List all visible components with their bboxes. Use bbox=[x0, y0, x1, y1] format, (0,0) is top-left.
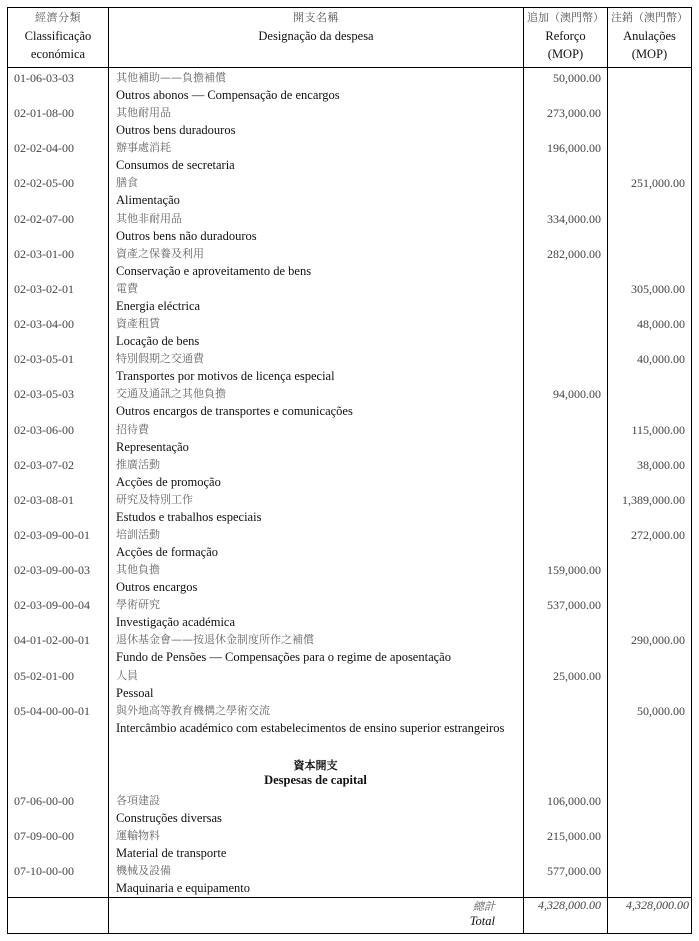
header-zh: 開支名稱 bbox=[109, 9, 523, 27]
table-bottom-border bbox=[7, 933, 692, 934]
amount-reforco: 334,000.00 bbox=[547, 210, 601, 228]
table-row: 07-10-00-00機械及設備Maquinaria e equipamento… bbox=[0, 862, 699, 897]
header-pt: Designação da despesa bbox=[109, 27, 523, 45]
description-zh: 退休基金會——按退休金制度所作之補償 bbox=[116, 631, 314, 649]
description-pt: Investigação académica bbox=[116, 614, 235, 631]
description-pt: Estudos e trabalhos especiais bbox=[116, 509, 261, 526]
classification-code: 02-03-05-01 bbox=[14, 350, 74, 368]
classification-code: 02-02-05-00 bbox=[14, 174, 74, 192]
description-zh: 研究及特別工作 bbox=[116, 491, 193, 509]
amount-reforco: 196,000.00 bbox=[547, 139, 601, 157]
amount-reforco: 273,000.00 bbox=[547, 104, 601, 122]
description-zh: 各項建設 bbox=[116, 792, 160, 810]
table-row: 02-03-01-00資產之保養及利用Conservação e aprovei… bbox=[0, 245, 699, 280]
amount-reforco: 215,000.00 bbox=[547, 827, 601, 845]
description-zh: 人員 bbox=[116, 667, 138, 685]
amount-anulacoes: 272,000.00 bbox=[631, 526, 685, 544]
description-pt: Outros bens não duradouros bbox=[116, 228, 257, 245]
classification-code: 02-03-07-02 bbox=[14, 456, 74, 474]
total-label-pt: Total bbox=[470, 914, 495, 929]
amount-anulacoes: 40,000.00 bbox=[637, 350, 685, 368]
header-reforco: 追加（澳門幣） Reforço (MOP) bbox=[524, 9, 607, 63]
total-label-zh: 總計 bbox=[473, 898, 495, 914]
description-pt: Locação de bens bbox=[116, 333, 199, 350]
table-row: 05-02-01-00人員Pessoal25,000.00 bbox=[0, 667, 699, 702]
table-row: 07-06-00-00各項建設Construções diversas106,0… bbox=[0, 792, 699, 827]
amount-reforco: 282,000.00 bbox=[547, 245, 601, 263]
amount-reforco: 577,000.00 bbox=[547, 862, 601, 880]
description-pt: Outros encargos de transportes e comunic… bbox=[116, 403, 353, 420]
header-designation: 開支名稱 Designação da despesa bbox=[109, 9, 523, 45]
classification-code: 05-04-00-00-01 bbox=[14, 702, 90, 720]
description-zh: 其他補助——負擔補償 bbox=[116, 69, 226, 87]
amount-anulacoes: 48,000.00 bbox=[637, 315, 685, 333]
table-row: 07-09-00-00運輸物料Material de transporte215… bbox=[0, 827, 699, 862]
description-zh: 辦事處消耗 bbox=[116, 139, 171, 157]
description-pt: Consumos de secretaria bbox=[116, 157, 235, 174]
table-row: 02-03-05-01特別假期之交通費Transportes por motiv… bbox=[0, 350, 699, 385]
amount-anulacoes: 38,000.00 bbox=[637, 456, 685, 474]
description-zh: 資產租賃 bbox=[116, 315, 160, 333]
header-zh: 注銷（澳門幣） bbox=[608, 9, 691, 27]
description-zh: 電費 bbox=[116, 280, 138, 298]
description-pt: Intercâmbio académico com estabeleciment… bbox=[116, 720, 504, 737]
classification-code: 05-02-01-00 bbox=[14, 667, 74, 685]
amount-reforco: 50,000.00 bbox=[553, 69, 601, 87]
description-pt: Transportes por motivos de licença espec… bbox=[116, 368, 335, 385]
header-unit: (MOP) bbox=[608, 45, 691, 63]
description-pt: Fundo de Pensões — Compensações para o r… bbox=[116, 649, 451, 666]
header-classification: 經濟分類 Classificação económica bbox=[8, 9, 108, 63]
description-pt: Outros bens duradouros bbox=[116, 122, 235, 139]
amount-anulacoes: 290,000.00 bbox=[631, 631, 685, 649]
table-row: 02-03-02-01電費Energia eléctrica305,000.00 bbox=[0, 280, 699, 315]
description-pt: Conservação e aproveitamento de bens bbox=[116, 263, 311, 280]
amount-reforco: 94,000.00 bbox=[553, 385, 601, 403]
table-row: 02-02-04-00辦事處消耗Consumos de secretaria19… bbox=[0, 139, 699, 174]
amount-anulacoes: 251,000.00 bbox=[631, 174, 685, 192]
description-pt: Outros abonos — Compensação de encargos bbox=[116, 87, 340, 104]
table-row: 02-03-04-00資產租賃Locação de bens48,000.00 bbox=[0, 315, 699, 350]
amount-anulacoes: 115,000.00 bbox=[631, 421, 685, 439]
classification-code: 02-02-04-00 bbox=[14, 139, 74, 157]
table-row: 01-06-03-03其他補助——負擔補償Outros abonos — Com… bbox=[0, 69, 699, 104]
classification-code: 02-03-08-01 bbox=[14, 491, 74, 509]
table-row: 05-04-00-00-01與外地高等教育機構之學術交流Intercâmbio … bbox=[0, 702, 699, 737]
header-unit: (MOP) bbox=[524, 45, 607, 63]
table-row: 02-03-05-03交通及通訊之其他負擔Outros encargos de … bbox=[0, 385, 699, 420]
classification-code: 02-03-01-00 bbox=[14, 245, 74, 263]
description-zh: 其他負擔 bbox=[116, 561, 160, 579]
description-zh: 其他耐用品 bbox=[116, 104, 171, 122]
classification-code: 02-03-06-00 bbox=[14, 421, 74, 439]
table-row: 02-02-05-00膳食Alimentação251,000.00 bbox=[0, 174, 699, 209]
description-zh: 與外地高等教育機構之學術交流 bbox=[116, 702, 270, 720]
description-zh: 運輸物料 bbox=[116, 827, 160, 845]
section-title-pt: Despesas de capital bbox=[108, 773, 523, 788]
classification-code: 07-09-00-00 bbox=[14, 827, 74, 845]
description-pt: Maquinaria e equipamento bbox=[116, 880, 250, 897]
classification-code: 02-01-08-00 bbox=[14, 104, 74, 122]
header-pt: económica bbox=[8, 45, 108, 63]
classification-code: 02-03-09-00-03 bbox=[14, 561, 90, 579]
section-title-zh: 資本開支 bbox=[108, 757, 523, 773]
amount-anulacoes: 305,000.00 bbox=[631, 280, 685, 298]
header-zh: 經濟分類 bbox=[8, 9, 108, 27]
table-row: 02-03-08-01研究及特別工作Estudos e trabalhos es… bbox=[0, 491, 699, 526]
description-zh: 學術研究 bbox=[116, 596, 160, 614]
table-row: 02-02-07-00其他非耐用品Outros bens não duradou… bbox=[0, 210, 699, 245]
header-pt: Anulações bbox=[608, 27, 691, 45]
capital-section-heading: 資本開支 Despesas de capital bbox=[108, 757, 523, 788]
table-row: 02-03-09-00-04學術研究Investigação académica… bbox=[0, 596, 699, 631]
table-row: 02-03-07-02推廣活動Acções de promoção38,000.… bbox=[0, 456, 699, 491]
amount-anulacoes: 50,000.00 bbox=[637, 702, 685, 720]
header-bottom-border bbox=[7, 67, 692, 68]
description-zh: 招待費 bbox=[116, 421, 149, 439]
description-zh: 膳食 bbox=[116, 174, 138, 192]
amount-anulacoes: 1,389,000.00 bbox=[622, 491, 685, 509]
description-pt: Material de transporte bbox=[116, 845, 226, 862]
description-pt: Pessoal bbox=[116, 685, 154, 702]
description-zh: 機械及設備 bbox=[116, 862, 171, 880]
description-zh: 培訓活動 bbox=[116, 526, 160, 544]
amount-reforco: 25,000.00 bbox=[553, 667, 601, 685]
description-zh: 交通及通訊之其他負擔 bbox=[116, 385, 226, 403]
table-row: 02-03-09-00-03其他負擔Outros encargos159,000… bbox=[0, 561, 699, 596]
description-pt: Outros encargos bbox=[116, 579, 197, 596]
classification-code: 02-02-07-00 bbox=[14, 210, 74, 228]
table-row: 02-03-06-00招待費Representação115,000.00 bbox=[0, 421, 699, 456]
header-anulacoes: 注銷（澳門幣） Anulações (MOP) bbox=[608, 9, 691, 63]
classification-code: 04-01-02-00-01 bbox=[14, 631, 90, 649]
amount-reforco: 537,000.00 bbox=[547, 596, 601, 614]
classification-code: 02-03-09-00-01 bbox=[14, 526, 90, 544]
description-zh: 資產之保養及利用 bbox=[116, 245, 204, 263]
table-row: 04-01-02-00-01退休基金會——按退休金制度所作之補償Fundo de… bbox=[0, 631, 699, 666]
description-zh: 其他非耐用品 bbox=[116, 210, 182, 228]
classification-code: 07-10-00-00 bbox=[14, 862, 74, 880]
description-pt: Energia eléctrica bbox=[116, 298, 200, 315]
description-pt: Acções de formação bbox=[116, 544, 218, 561]
classification-code: 02-03-09-00-04 bbox=[14, 596, 90, 614]
description-zh: 特別假期之交通費 bbox=[116, 350, 204, 368]
classification-code: 02-03-04-00 bbox=[14, 315, 74, 333]
description-pt: Acções de promoção bbox=[116, 474, 221, 491]
classification-code: 01-06-03-03 bbox=[14, 69, 74, 87]
description-zh: 推廣活動 bbox=[116, 456, 160, 474]
description-pt: Construções diversas bbox=[116, 810, 222, 827]
classification-code: 07-06-00-00 bbox=[14, 792, 74, 810]
total-anulacoes: 4,328,000.00 bbox=[626, 898, 689, 913]
classification-code: 02-03-02-01 bbox=[14, 280, 74, 298]
header-zh: 追加（澳門幣） bbox=[524, 9, 607, 27]
classification-code: 02-03-05-03 bbox=[14, 385, 74, 403]
table-top-border bbox=[7, 7, 692, 8]
description-pt: Alimentação bbox=[116, 192, 180, 209]
amount-reforco: 159,000.00 bbox=[547, 561, 601, 579]
table-row: 02-03-09-00-01培訓活動Acções de formação272,… bbox=[0, 526, 699, 561]
table-row: 02-01-08-00其他耐用品Outros bens duradouros27… bbox=[0, 104, 699, 139]
header-pt: Reforço bbox=[524, 27, 607, 45]
description-pt: Representação bbox=[116, 439, 189, 456]
amount-reforco: 106,000.00 bbox=[547, 792, 601, 810]
header-pt: Classificação bbox=[8, 27, 108, 45]
total-reforco: 4,328,000.00 bbox=[538, 898, 601, 913]
